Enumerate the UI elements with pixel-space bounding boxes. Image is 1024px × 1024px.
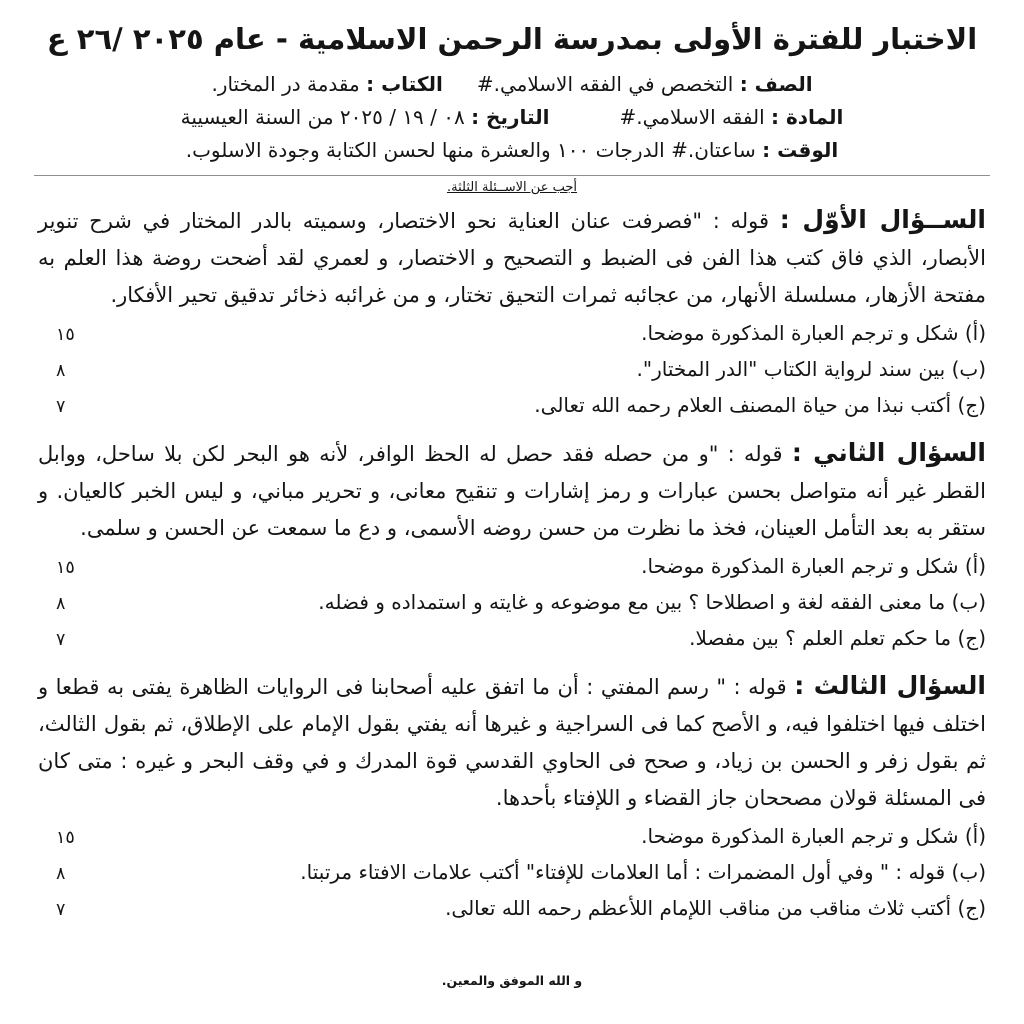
exam-paper-page: الاختبار للفترة الأولى بمدرسة الرحمن الا…	[0, 0, 1024, 1024]
question-2-heading: السؤال الثاني :	[792, 438, 986, 467]
question-2-sub-a: (أ) شكل و ترجم العبارة المذكورة موضحا. ١…	[38, 549, 986, 585]
class-label: الصف :	[740, 72, 813, 96]
question-3-sub-c-marks: ٧	[56, 893, 65, 927]
question-1-paragraph: الســؤال الأوّل : قوله : "فصرفت عنان الع…	[38, 201, 986, 314]
date-label: التاريخ :	[471, 105, 549, 129]
question-3-sub-b-text: (ب) قوله : " وفي أول المضمرات : أما العل…	[300, 855, 986, 889]
book-label: الكتاب :	[366, 72, 443, 96]
question-2: السؤال الثاني : قوله : "و من حصله فقد حص…	[38, 434, 986, 657]
question-2-sub-a-text: (أ) شكل و ترجم العبارة المذكورة موضحا.	[641, 549, 986, 583]
question-3-sub-c-text: (ج) أكتب ثلاث مناقب من مناقب اللإمام الل…	[445, 891, 986, 925]
question-2-sub-c: (ج) ما حكم تعلم العلم ؟ بين مفصلا. ٧	[38, 621, 986, 657]
subject-label: المادة :	[771, 105, 843, 129]
time-label: الوقت :	[762, 138, 838, 162]
question-1-heading: الســؤال الأوّل :	[780, 205, 986, 234]
class-field: الصف : التخصص في الفقه الاسلامي.#	[477, 68, 813, 101]
question-3-sub-c: (ج) أكتب ثلاث مناقب من مناقب اللإمام الل…	[38, 891, 986, 927]
date-field: التاريخ : ٠٨ / ١٩ / ٢٠٢٥ من السنة العيسي…	[181, 101, 550, 134]
question-1-sub-b-text: (ب) بين سند لرواية الكتاب "الدر المختار"…	[637, 352, 986, 386]
header-row-time-marks: الوقت : ساعتان.# الدرجات ١٠٠ والعشرة منه…	[38, 134, 986, 167]
question-1-sub-a: (أ) شكل و ترجم العبارة المذكورة موضحا. ١…	[38, 316, 986, 352]
question-1: الســؤال الأوّل : قوله : "فصرفت عنان الع…	[38, 201, 986, 424]
question-3-sub-a-marks: ١٥	[56, 821, 75, 855]
time-value: ساعتان.# الدرجات ١٠٠ والعشرة منها لحسن ا…	[186, 138, 756, 162]
header-row-class-book: الصف : التخصص في الفقه الاسلامي.# الكتاب…	[38, 68, 986, 101]
question-2-sub-b: (ب) ما معنى الفقه لغة و اصطلاحا ؟ بين مع…	[38, 585, 986, 621]
time-field: الوقت : ساعتان.# الدرجات ١٠٠ والعشرة منه…	[186, 134, 839, 167]
header-divider	[34, 175, 990, 176]
question-3-paragraph: السؤال الثالث : قوله : " رسم المفتي : أن…	[38, 667, 986, 817]
question-1-sub-c: (ج) أكتب نبذا من حياة المصنف العلام رحمه…	[38, 388, 986, 424]
header-row-subject-date: المادة : الفقه الاسلامي.# التاريخ : ٠٨ /…	[38, 101, 986, 134]
book-field: الكتاب : مقدمة در المختار.	[211, 68, 442, 101]
answer-instruction: أجب عن الاســئلة الثلثة.	[38, 179, 986, 197]
question-2-sub-c-text: (ج) ما حكم تعلم العلم ؟ بين مفصلا.	[689, 621, 986, 655]
question-2-sub-b-marks: ٨	[56, 587, 65, 621]
question-2-sub-b-text: (ب) ما معنى الفقه لغة و اصطلاحا ؟ بين مع…	[318, 585, 986, 619]
question-3-heading: السؤال الثالث :	[794, 671, 986, 700]
exam-title: الاختبار للفترة الأولى بمدرسة الرحمن الا…	[38, 18, 986, 60]
question-3-sub-a: (أ) شكل و ترجم العبارة المذكورة موضحا. ١…	[38, 819, 986, 855]
book-value: مقدمة در المختار.	[211, 72, 359, 96]
class-value: التخصص في الفقه الاسلامي.#	[477, 72, 734, 96]
question-1-sub-c-text: (ج) أكتب نبذا من حياة المصنف العلام رحمه…	[534, 388, 986, 422]
question-2-sub-c-marks: ٧	[56, 623, 65, 657]
question-1-sub-b-marks: ٨	[56, 354, 65, 388]
subject-field: المادة : الفقه الاسلامي.#	[620, 101, 844, 134]
question-2-paragraph: السؤال الثاني : قوله : "و من حصله فقد حص…	[38, 434, 986, 547]
question-2-sub-a-marks: ١٥	[56, 551, 75, 585]
question-3-sub-b: (ب) قوله : " وفي أول المضمرات : أما العل…	[38, 855, 986, 891]
date-value: ٠٨ / ١٩ / ٢٠٢٥ من السنة العيسيية	[181, 105, 465, 129]
question-1-sub-a-text: (أ) شكل و ترجم العبارة المذكورة موضحا.	[641, 316, 986, 350]
question-3-sub-b-marks: ٨	[56, 857, 65, 891]
question-3-sub-a-text: (أ) شكل و ترجم العبارة المذكورة موضحا.	[641, 819, 986, 853]
question-1-sub-a-marks: ١٥	[56, 318, 75, 352]
question-1-sub-c-marks: ٧	[56, 390, 65, 424]
question-1-sub-b: (ب) بين سند لرواية الكتاب "الدر المختار"…	[38, 352, 986, 388]
closing-blessing: و الله الموفق والمعين.	[38, 973, 986, 988]
question-3: السؤال الثالث : قوله : " رسم المفتي : أن…	[38, 667, 986, 927]
subject-value: الفقه الاسلامي.#	[620, 105, 765, 129]
